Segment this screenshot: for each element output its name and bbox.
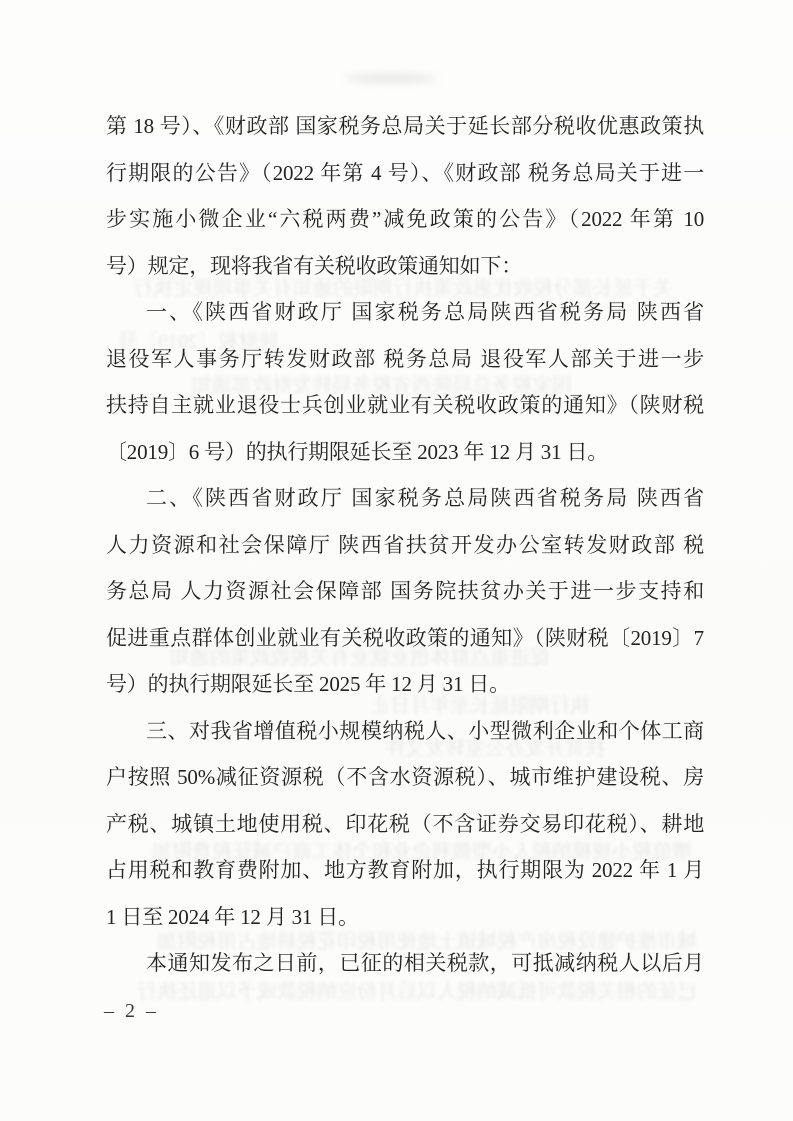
scanned-document-page: 关于延长部分税收优惠政策执行期限的通知有关事项规定执行 陕财税〔2019〕号 国… bbox=[0, 0, 793, 1121]
body-line: 务总局 人力资源社会保障部 国务院扶贫办关于进一步支持和 bbox=[106, 568, 704, 615]
body-line-section-3-start: 三、对我省增值税小规模纳税人、小型微利企业和个体工商 bbox=[106, 708, 704, 755]
body-line: 人力资源和社会保障厅 陕西省扶贫开发办公室转发财政部 税 bbox=[106, 522, 704, 569]
body-line: 产税、城镇土地使用税、印花税（不含证券交易印花税）、耕地 bbox=[106, 801, 704, 848]
body-line: 号）的执行期限延长至 2025 年 12 月 31 日。 bbox=[106, 661, 704, 708]
page-number: – 2 – bbox=[104, 1000, 159, 1023]
body-line: 号）规定，现将我省有关税收政策通知如下： bbox=[106, 243, 704, 290]
body-line: 扶持自主就业退役士兵创业就业有关税收政策的通知》（陕财税 bbox=[106, 382, 704, 429]
body-line: 户按照 50%减征资源税（不含水资源税）、城市维护建设税、房 bbox=[106, 754, 704, 801]
body-line: 占用税和教育费附加、地方教育附加，执行期限为 2022 年 1 月 bbox=[106, 847, 704, 894]
body-line-section-2-start: 二、《陕西省财政厅 国家税务总局陕西省税务局 陕西省 bbox=[106, 475, 704, 522]
body-line: 第 18 号）、《财政部 国家税务总局关于延长部分税收优惠政策执 bbox=[106, 103, 704, 150]
body-line: 促进重点群体创业就业有关税收政策的通知》（陕财税〔2019〕7 bbox=[106, 615, 704, 662]
body-line: 〔2019〕6 号）的执行期限延长至 2023 年 12 月 31 日。 bbox=[106, 429, 704, 476]
body-line: 退役军人事务厅转发财政部 税务总局 退役军人部关于进一步 bbox=[106, 336, 704, 383]
body-line: 1 日至 2024 年 12 月 31 日。 bbox=[106, 894, 704, 941]
body-line-closing-paragraph: 本通知发布之日前，已征的相关税款，可抵减纳税人以后月 bbox=[106, 940, 704, 987]
body-line: 行期限的公告》（2022 年第 4 号）、《财政部 税务总局关于进一 bbox=[106, 150, 704, 197]
scan-smudge bbox=[345, 74, 437, 83]
document-body: 第 18 号）、《财政部 国家税务总局关于延长部分税收优惠政策执 行期限的公告》… bbox=[106, 103, 704, 987]
body-line: 步实施小微企业“六税两费”减免政策的公告》（2022 年第 10 bbox=[106, 196, 704, 243]
body-line-section-1-start: 一、《陕西省财政厅 国家税务总局陕西省税务局 陕西省 bbox=[106, 289, 704, 336]
